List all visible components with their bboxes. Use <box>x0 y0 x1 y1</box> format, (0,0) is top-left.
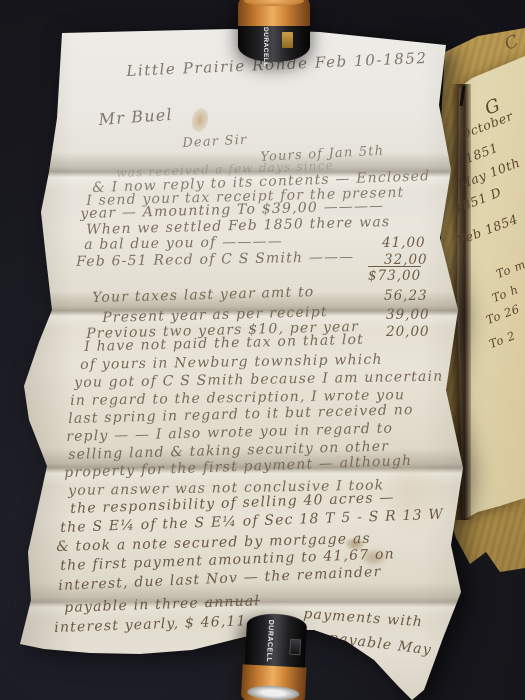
battery-top-gold-label <box>282 32 293 48</box>
struck-word: annual <box>204 593 260 611</box>
letter-shadow: Little Prairie Ronde Feb 10-1852 Mr Buel… <box>0 0 525 700</box>
amount-previous-years: 20,00 <box>386 324 430 340</box>
photo-scene: C G October 1851 May 10th 1851 D Feb 185… <box>0 0 525 700</box>
battery-top-body <box>238 26 310 62</box>
amount-balance-due: 41,00 <box>382 235 426 251</box>
amount-taxes-last-year: 56,23 <box>384 288 428 304</box>
battery-bottom-label-notch <box>289 639 301 656</box>
battery-bottom: DURACELL <box>241 612 310 700</box>
letter-paper: Little Prairie Ronde Feb 10-1852 Mr Buel… <box>0 0 525 700</box>
amount-present-year: 39,00 <box>386 307 430 323</box>
battery-top: DURACELL <box>238 0 310 62</box>
duracell-brand-top: DURACELL <box>262 27 269 59</box>
amount-total: $73,00 <box>368 266 421 284</box>
